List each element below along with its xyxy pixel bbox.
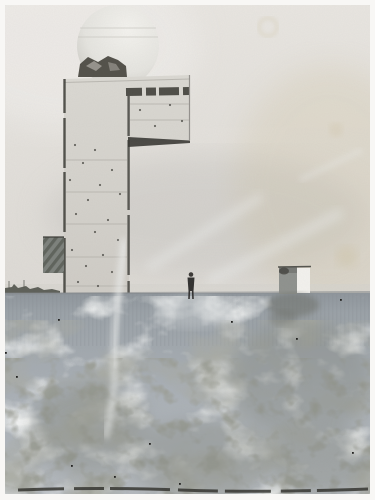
photo-area: [0, 0, 375, 500]
photograph: [0, 0, 375, 500]
photograph-page: [0, 0, 375, 500]
film-grain: [5, 5, 370, 494]
